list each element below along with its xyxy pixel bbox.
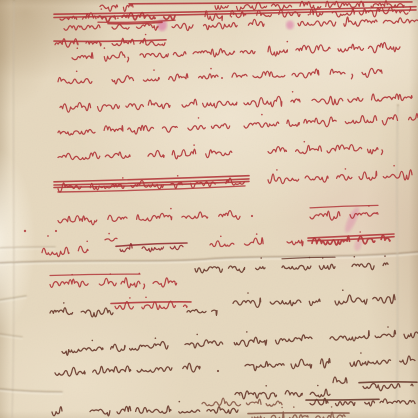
paper-grain-texture [0,0,418,418]
photo-of-manuscript: Aged, creased cream paper sheet photogra… [0,0,418,418]
handwriting-ink-layer [0,0,418,418]
manuscript-page: Aged, creased cream paper sheet photogra… [0,0,418,418]
